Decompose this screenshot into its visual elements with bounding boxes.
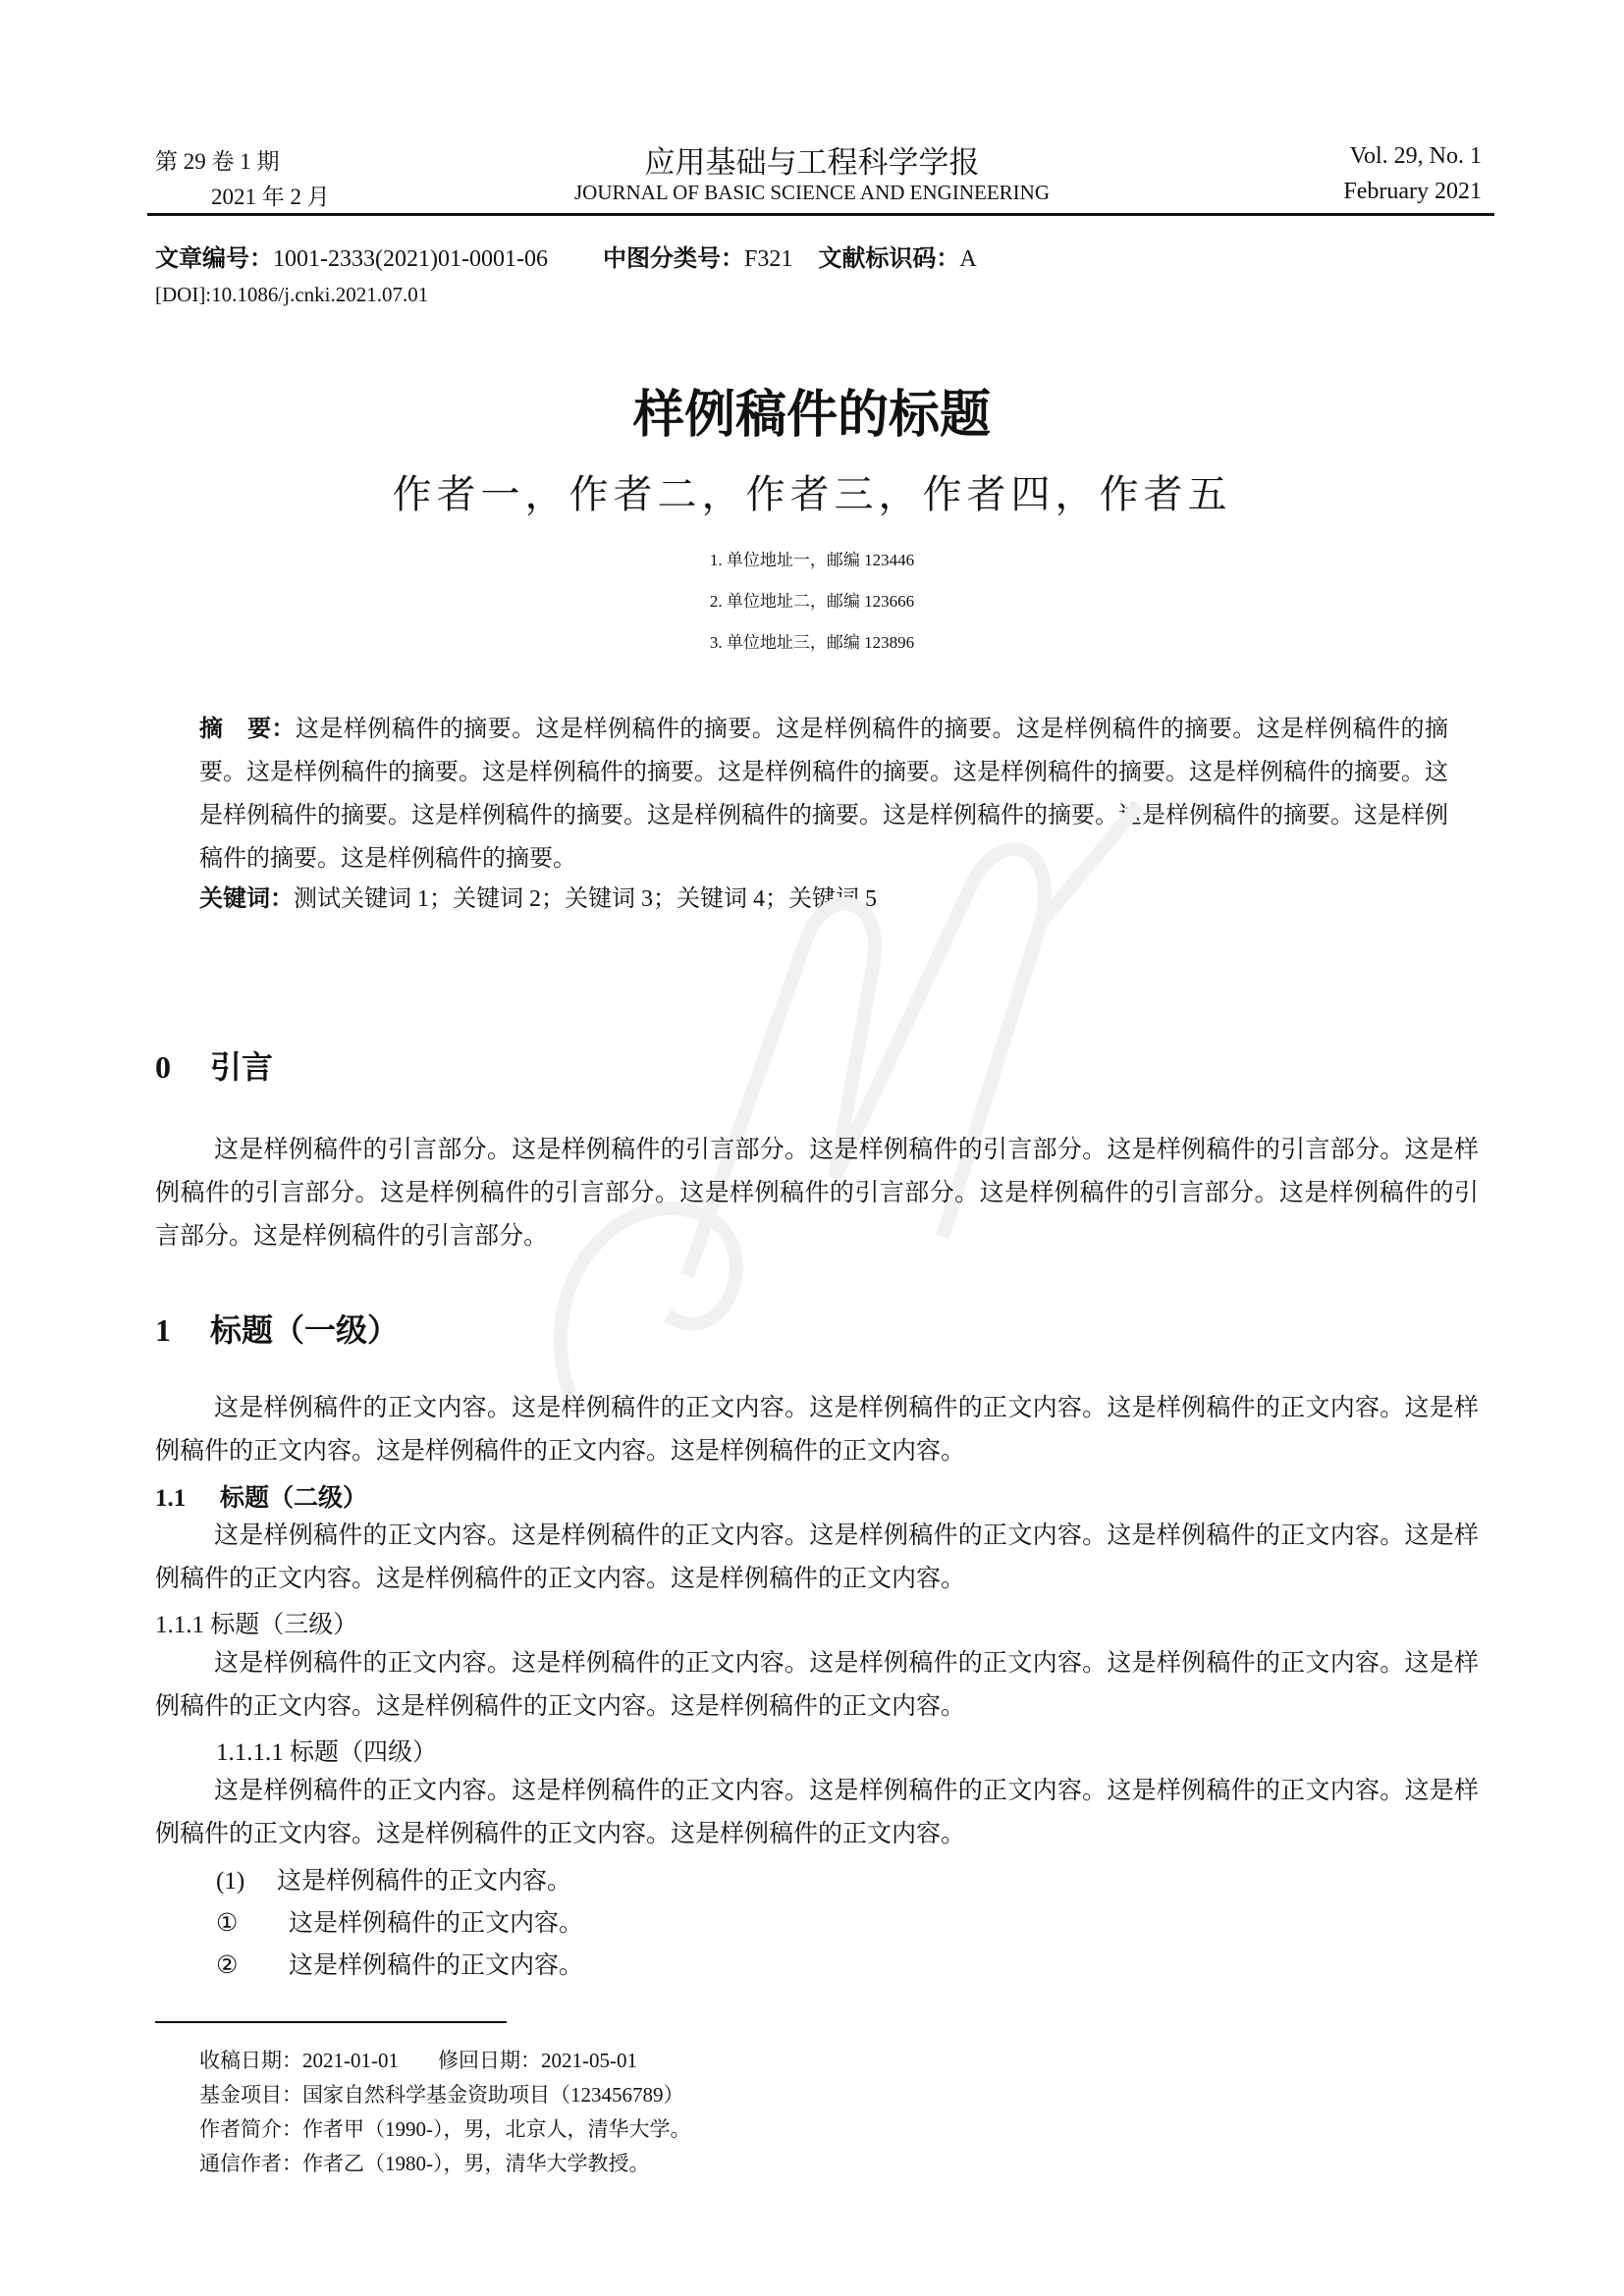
doi[interactable]: [DOI]:10.1086/j.cnki.2021.07.01 — [155, 283, 428, 307]
section-title: 标题（一级） — [210, 1311, 399, 1349]
section-1-1-1-paragraph: 这是样例稿件的正文内容。这是样例稿件的正文内容。这是样例稿件的正文内容。这是样例… — [155, 1642, 1479, 1729]
section-number: 1 — [155, 1312, 210, 1349]
footnote-dates: 收稿日期：2021-01-01修回日期：2021-05-01 — [199, 2045, 637, 2074]
list-item: (1)这是样例稿件的正文内容。 — [216, 1861, 571, 1896]
list-marker: ② — [216, 1950, 289, 1980]
list-text: 这是样例稿件的正文内容。 — [277, 1868, 571, 1895]
section-title: 引言 — [210, 1048, 273, 1086]
abstract-label: 摘 要： — [199, 715, 296, 742]
keywords-text: 测试关键词 1；关键词 2；关键词 3；关键词 4；关键词 5 — [294, 886, 877, 912]
section-heading-1-1-1: 1.1.1 标题（三级） — [155, 1605, 357, 1640]
footnote-author-bio: 作者简介：作者甲（1990-），男，北京人，清华大学。 — [199, 2113, 691, 2143]
doc-code: A — [959, 246, 976, 272]
section-number: 1.1 — [155, 1485, 220, 1513]
section-heading-1: 1标题（一级） — [155, 1306, 399, 1351]
list-marker: ① — [216, 1908, 289, 1938]
list-item: ①这是样例稿件的正文内容。 — [216, 1903, 583, 1939]
section-1-paragraph: 这是样例稿件的正文内容。这是样例稿件的正文内容。这是样例稿件的正文内容。这是样例… — [155, 1387, 1479, 1473]
header-volume-en: Vol. 29, No. 1 — [1350, 143, 1482, 170]
list-marker: (1) — [216, 1868, 277, 1896]
footnote-rule — [155, 2021, 507, 2023]
section-heading-intro: 0引言 — [155, 1042, 273, 1088]
article-meta: 文章编号：1001-2333(2021)01-0001-06中图分类号：F321… — [155, 239, 977, 273]
section-heading-1-1: 1.1标题（二级） — [155, 1478, 367, 1514]
article-no: 1001-2333(2021)01-0001-06 — [273, 246, 548, 272]
section-heading-1-1-1-1: 1.1.1.1 标题（四级） — [216, 1733, 437, 1768]
section-1-1-paragraph: 这是样例稿件的正文内容。这是样例稿件的正文内容。这是样例稿件的正文内容。这是样例… — [155, 1515, 1479, 1601]
abstract-text: 这是样例稿件的摘要。这是样例稿件的摘要。这是样例稿件的摘要。这是样例稿件的摘要。… — [199, 717, 1448, 872]
received-date: 收稿日期：2021-01-01 — [199, 2049, 399, 2072]
section-1-1-1-1-paragraph: 这是样例稿件的正文内容。这是样例稿件的正文内容。这是样例稿件的正文内容。这是样例… — [155, 1770, 1479, 1856]
section-title: 标题（二级） — [220, 1483, 367, 1512]
affiliation: 2. 单位地址二，邮编 123666 — [0, 587, 1624, 612]
keywords-label: 关键词： — [199, 884, 294, 912]
list-text: 这是样例稿件的正文内容。 — [289, 1910, 583, 1937]
header-rule — [147, 213, 1494, 216]
keywords: 关键词：测试关键词 1；关键词 2；关键词 3；关键词 4；关键词 5 — [199, 879, 877, 913]
paper-title: 样例稿件的标题 — [0, 373, 1624, 447]
clc-code: F321 — [744, 246, 792, 272]
list-text: 这是样例稿件的正文内容。 — [289, 1952, 583, 1979]
intro-paragraph: 这是样例稿件的引言部分。这是样例稿件的引言部分。这是样例稿件的引言部分。这是样例… — [155, 1129, 1479, 1258]
authors: 作者一，作者二，作者三，作者四，作者五 — [0, 463, 1624, 519]
article-no-label: 文章编号： — [155, 244, 273, 272]
abstract: 摘 要：这是样例稿件的摘要。这是样例稿件的摘要。这是样例稿件的摘要。这是样例稿件… — [199, 707, 1448, 881]
affiliation: 1. 单位地址一，邮编 123446 — [0, 546, 1624, 570]
header-date-en: February 2021 — [1343, 179, 1482, 205]
affiliation: 3. 单位地址三，邮编 123896 — [0, 628, 1624, 653]
revised-date: 修回日期：2021-05-01 — [438, 2049, 637, 2072]
footnote-corresponding: 通信作者：作者乙（1980-），男，清华大学教授。 — [199, 2148, 650, 2177]
section-number: 0 — [155, 1049, 210, 1086]
doc-code-label: 文献标识码： — [818, 244, 959, 272]
footnote-fund: 基金项目：国家自然科学基金资助项目（123456789） — [199, 2079, 684, 2109]
clc-label: 中图分类号： — [603, 244, 744, 272]
list-item: ②这是样例稿件的正文内容。 — [216, 1946, 583, 1981]
